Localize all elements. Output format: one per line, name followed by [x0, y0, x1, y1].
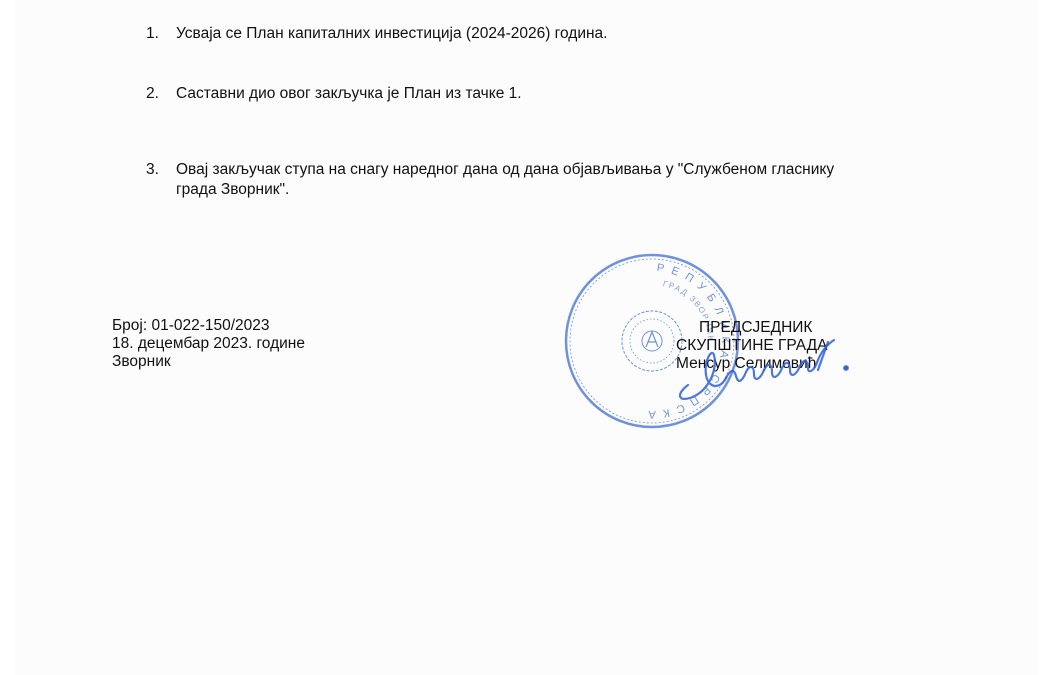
- item-text-line: града Зворник".: [176, 180, 834, 200]
- item-text: Саставни дио овог закључка је План из та…: [176, 84, 522, 104]
- item-text: Овај закључак ступа на снагу наредног да…: [176, 160, 834, 200]
- item-number: 3.: [146, 160, 159, 180]
- reference-place: Зворник: [112, 353, 305, 371]
- item-text-line: Овај закључак ступа на снагу наредног да…: [176, 160, 834, 180]
- item-number: 1.: [146, 24, 159, 44]
- item-text: Усваја се План капиталних инвестиција (2…: [176, 24, 607, 44]
- item-number: 2.: [146, 84, 159, 104]
- document-reference: Број: 01-022-150/2023 18. децембар 2023.…: [112, 317, 305, 371]
- reference-number: Број: 01-022-150/2023: [112, 317, 305, 335]
- handwritten-signature-icon: [668, 330, 868, 410]
- reference-date: 18. децембар 2023. године: [112, 335, 305, 353]
